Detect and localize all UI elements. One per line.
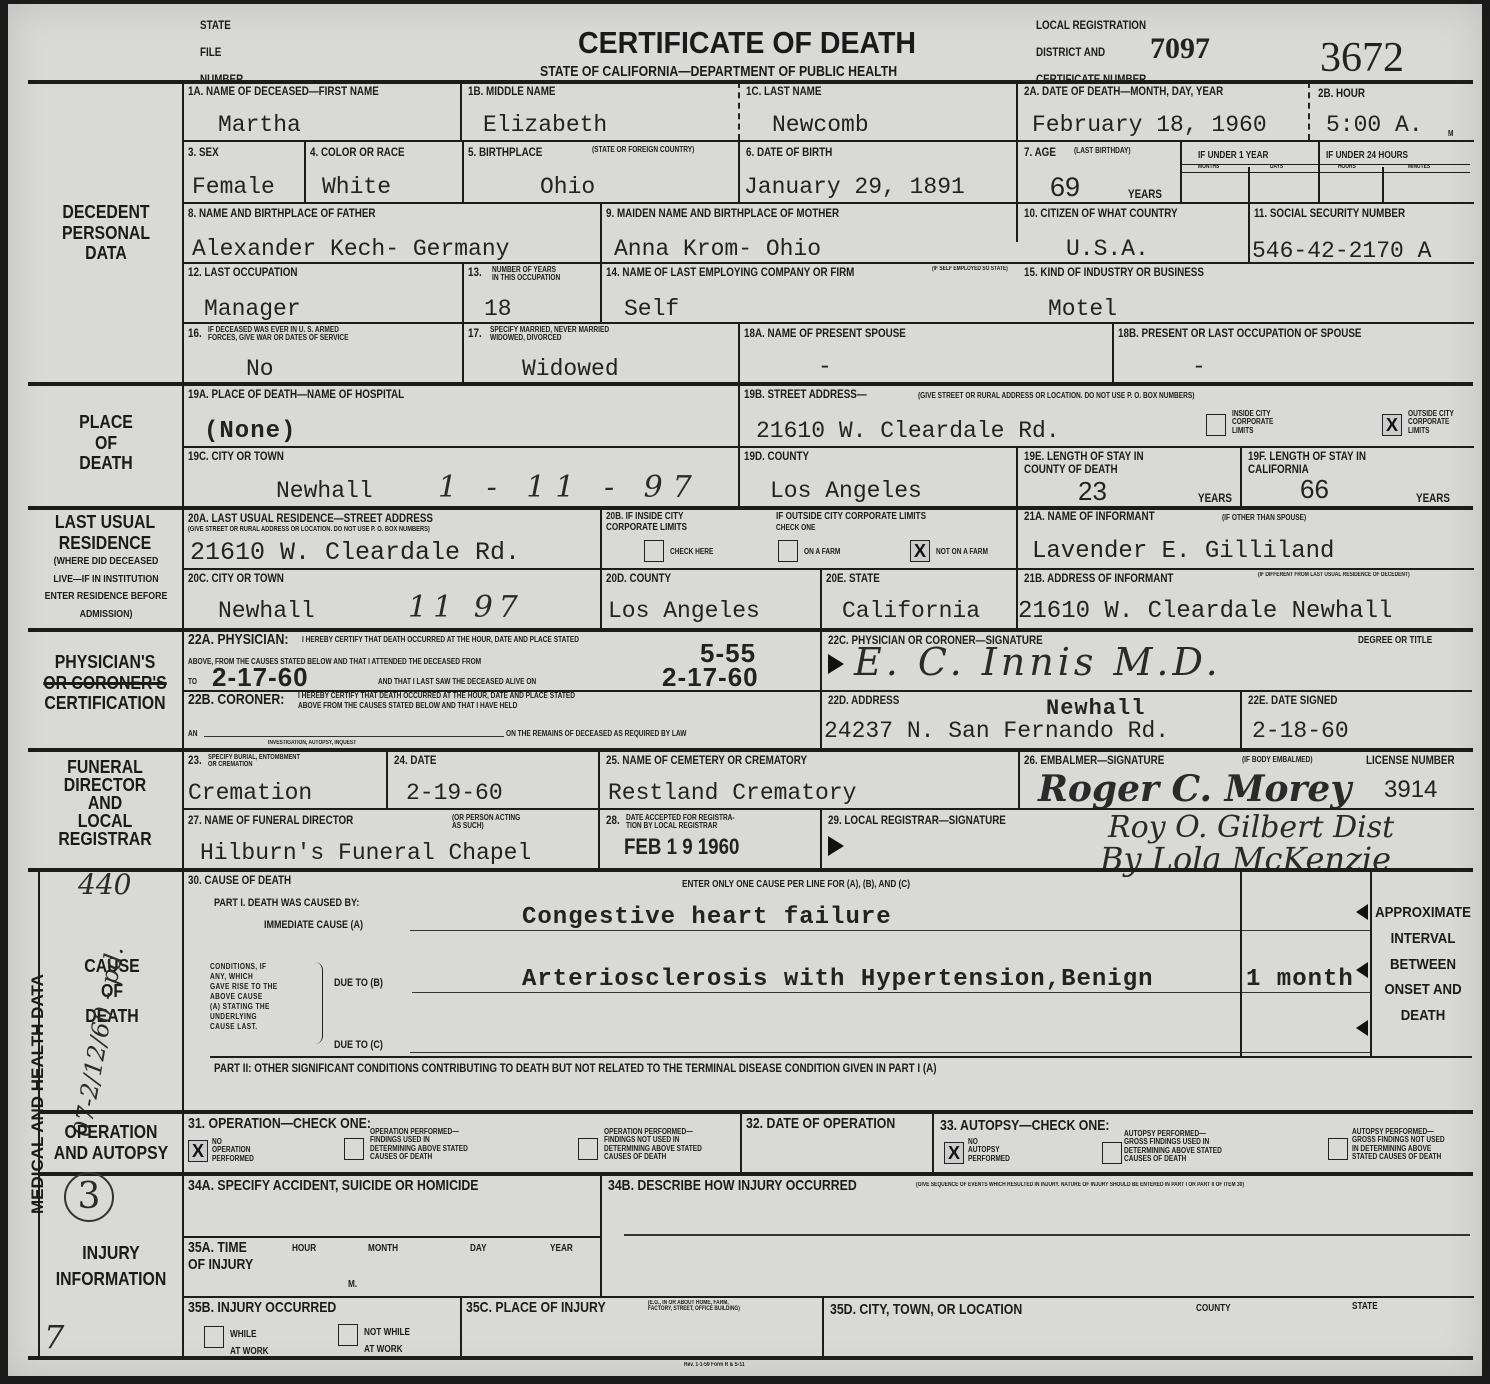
due-to-b-label: DUE TO (B) [334,978,383,990]
rule [822,1298,824,1360]
field-34a-label: 34A. SPECIFY ACCIDENT, SUICIDE OR HOMICI… [188,1178,478,1195]
field-7-sublabel: (LAST BIRTHDAY) [1074,147,1131,155]
rule [184,322,1474,324]
check-one-label: CHECK ONE [776,524,815,532]
minutes-label: MINUTES [1408,164,1430,170]
field-19d-label: 19D. COUNTY [744,450,809,463]
field-1c-label: 1C. LAST NAME [746,85,821,98]
physician-signature: E. C. Innis M.D. [854,640,1222,684]
field-22e-label: 22E. DATE SIGNED [1248,694,1337,707]
field-2b-label: 2B. HOUR [1318,87,1365,100]
informant-value: Lavender E. Gilliland [1032,540,1334,564]
field-22b-label: 22B. CORONER: [188,692,284,709]
informant-address-value: 21610 W. Cleardale Newhall [1018,600,1392,624]
mother-value: Anna Krom- Ohio [614,238,821,261]
physician-city-value: Newhall [1046,698,1145,720]
license-number-value: 3914 [1384,778,1437,802]
field-2a-label: 2A. DATE OF DEATH—MONTH, DAY, YEAR [1024,85,1223,98]
coroners-label-struck: OR CORONER'S [39,673,171,694]
field-34b-sublabel: (GIVE SEQUENCE OF EVENTS WHICH RESULTED … [916,1182,1244,1188]
part-2-label: PART II: OTHER SIGNIFICANT CONDITIONS CO… [214,1062,937,1075]
outside-limits-label: IF OUTSIDE CITY CORPORATE LIMITS [776,512,926,523]
rule [1180,172,1470,173]
due-to-b-value: Arteriosclerosis with Hypertension,Benig… [522,968,1154,992]
rule [184,568,1474,570]
field-22a-label: 22A. PHYSICIAN: [188,632,288,649]
coroner-text-1: I HEREBY CERTIFY THAT DEATH OCCURRED AT … [298,692,575,700]
employer-value: Self [624,298,679,321]
rule [1248,202,1250,262]
signature-arrow-icon [828,654,844,674]
autopsy-findings-used-checkbox[interactable] [1102,1142,1122,1164]
no-autopsy-checkbox[interactable]: X [944,1142,964,1164]
registrar-arrow-icon [828,836,844,856]
certificate-subtitle: STATE OF CALIFORNIA—DEPARTMENT OF PUBLIC… [540,64,897,81]
death-county-value: Los Angeles [770,480,922,503]
field-14-sublabel: (IF SELF EMPLOYED SO STATE) [932,266,1008,272]
hour-meridiem: M [1448,130,1453,138]
part-1-label: PART I. DEATH WAS CAUSED BY: [214,898,359,910]
rule [738,322,740,382]
date-accepted-value: FEB 1 9 1960 [624,836,739,858]
rule [738,82,741,140]
field-9-label: 9. MAIDEN NAME AND BIRTHPLACE OF MOTHER [606,207,839,220]
rule [184,1236,600,1238]
conditions-label: CONDITIONS, IF ANY, WHICH GAVE RISE TO T… [210,962,278,1032]
field-31-label: 31. OPERATION—CHECK ONE: [188,1116,371,1133]
registrar-signature-2: By Lola McKenzie [1100,840,1391,878]
autopsy-findings-not-used-label: AUTOPSY PERFORMED— GROSS FINDINGS NOT US… [1352,1128,1445,1162]
section-injury: INJURY INFORMATION [47,1240,175,1292]
inquest-line [204,736,504,737]
section-place-of-death: PLACE OF DEATH [44,412,167,474]
section-last-residence: LAST USUAL RESIDENCE [39,512,171,553]
last-saw-value: 2-17-60 [662,664,759,690]
rule [386,750,388,808]
district-and-text: DISTRICT AND [1036,39,1146,66]
field-26-sublabel: (IF BODY EMBALMED) [1242,756,1313,764]
rule [1240,870,1242,1056]
rule [820,568,822,628]
months-label: MONTHS [1198,164,1219,170]
rule [1180,140,1182,202]
stay-california-value: 66 [1300,476,1329,502]
stay-county-unit: YEARS [1198,492,1232,505]
field-13-label: 13. [468,266,482,279]
field-3-label: 3. SEX [188,146,219,159]
physician-address-value: 24237 N. San Fernando Rd. [824,720,1169,743]
armed-forces-value: No [246,358,274,381]
death-certificate: STATE FILE NUMBER CERTIFICATE OF DEATH S… [8,4,1482,1376]
hours-label: HOURS [1338,164,1356,170]
embalmer-signature: Roger C. Morey [1038,768,1351,810]
field-20a-sublabel: (GIVE STREET OR RURAL ADDRESS OR LOCATIO… [188,526,430,533]
section-decedent: DECEDENT PERSONAL DATA [44,202,167,264]
circled-annotation: 3 [64,1172,114,1222]
field-21a-label: 21A. NAME OF INFORMANT [1024,510,1155,523]
field-28-sublabel: DATE ACCEPTED FOR REGISTRA- TION BY LOCA… [626,814,735,831]
field-14-label: 14. NAME OF LAST EMPLOYING COMPANY OR FI… [606,266,854,279]
degree-title-label: DEGREE OR TITLE [1358,636,1432,647]
death-address-value: 21610 W. Cleardale Rd. [756,420,1060,443]
hospital-value: (None) [204,420,296,444]
residence-address-value: 21610 W. Cleardale Rd. [190,540,520,565]
rule [28,506,1473,510]
rule [28,868,1473,872]
field-1a-label: 1A. NAME OF DECEASED—FIRST NAME [188,85,379,98]
state-label: STATE [1352,1302,1378,1313]
county-label: COUNTY [1196,1304,1231,1315]
cemetery-value: Restland Crematory [608,782,856,805]
operation-findings-used-label: OPERATION PERFORMED— FINDINGS USED IN DE… [370,1128,468,1162]
rule [1016,446,1018,508]
interval-a-arrow-icon [1356,904,1368,920]
rule [932,1112,934,1172]
rule [1308,82,1310,140]
rule [304,140,306,202]
attended-to-value: 2-17-60 [212,664,309,690]
certificate-title: CERTIFICATE OF DEATH [578,26,916,60]
year-label: YEAR [550,1244,573,1255]
describe-line [624,1234,1470,1236]
field-26-label: 26. EMBALMER—SIGNATURE [1024,754,1164,767]
years-occupation-value: 18 [484,298,512,321]
field-35c-sublabel: (E.G., IN OR ABOUT HOME, FARM, FACTORY, … [648,1300,740,1313]
due-to-c-line [410,1052,1370,1053]
residence-county-value: Los Angeles [608,600,760,623]
certification-label: CERTIFICATION [39,693,171,714]
field-34b-label: 34B. DESCRIBE HOW INJURY OCCURRED [608,1178,857,1195]
physician-cert-text-1: I HEREBY CERTIFY THAT DEATH OCCURRED AT … [302,636,579,644]
rule [184,446,1474,448]
funeral-director-value: Hilburn's Funeral Chapel [200,842,531,865]
field-20a-label: 20A. LAST USUAL RESIDENCE—STREET ADDRESS [188,512,433,525]
field-23-label: 23. [188,754,202,767]
rule [1240,446,1242,508]
check-here-label: CHECK HERE [670,548,713,556]
rule [1318,140,1320,202]
rule [600,1174,602,1298]
last-saw-label: AND THAT I LAST SAW THE DECEASED ALIVE O… [378,678,536,686]
field-22d-label: 22D. ADDRESS [828,694,899,707]
state-label: STATE [200,12,243,39]
handwritten-code-440: 440 [78,868,131,901]
not-on-farm-checkbox[interactable]: X [910,540,930,562]
month-label: MONTH [368,1244,398,1255]
rule [182,82,184,1356]
outside-city-label: OUTSIDE CITY CORPORATE LIMITS [1408,410,1454,435]
rule [462,140,464,202]
rule [820,808,822,868]
field-24-label: 24. DATE [394,754,436,767]
operation-findings-not-used-checkbox[interactable] [578,1138,598,1160]
rule [28,1356,1473,1360]
death-city-value: Newhall [276,480,373,503]
interval-b-arrow-icon [1356,962,1368,978]
operation-findings-used-checkbox[interactable] [344,1138,364,1160]
file-label: FILE [200,39,243,66]
operation-findings-not-used-label: OPERATION PERFORMED— FINDINGS NOT USED I… [604,1128,702,1162]
rule [184,202,1474,204]
outside-city-checkbox[interactable]: X [1382,414,1402,436]
date-of-birth-value: January 29, 1891 [744,176,965,199]
rule [1112,322,1114,382]
field-33-label: 33. AUTOPSY—CHECK ONE: [940,1118,1110,1135]
field-20b-label: 20B. IF INSIDE CITY CORPORATE LIMITS [606,512,687,533]
physicians-label: PHYSICIAN'S [39,652,171,673]
ssn-value: 546-42-2170 A [1252,240,1431,263]
stay-california-unit: YEARS [1416,492,1450,505]
spouse-name-value: - [818,356,832,379]
rule [1018,750,1020,808]
first-name-value: Martha [218,114,301,137]
inside-city-label: INSIDE CITY CORPORATE LIMITS [1232,410,1273,435]
interval-b-value: 1 month [1246,968,1354,992]
interval-label: APPROXIMATE INTERVAL BETWEEN ONSET AND D… [1375,900,1472,1029]
autopsy-findings-used-label: AUTOPSY PERFORMED— GROSS FINDINGS USED I… [1124,1130,1222,1164]
autopsy-findings-not-used-checkbox[interactable] [1328,1138,1348,1160]
citizen-value: U.S.A. [1066,238,1149,261]
field-19a-label: 19A. PLACE OF DEATH—NAME OF HOSPITAL [188,388,404,401]
field-19b-label: 19B. STREET ADDRESS— [744,388,867,401]
handwritten-code-20c: 11 97 [408,590,524,625]
field-20d-label: 20D. COUNTY [606,572,671,585]
field-21b-label: 21B. ADDRESS OF INFORMANT [1024,572,1173,585]
rule [184,140,1474,142]
field-4-label: 4. COLOR OR RACE [310,146,405,159]
no-operation-label: NO OPERATION PERFORMED [212,1138,254,1163]
residence-city-value: Newhall [218,600,315,623]
sex-value: Female [192,176,275,199]
field-10-label: 10. CITIZEN OF WHAT COUNTRY [1024,207,1178,220]
coroner-text-2: ABOVE FROM THE CAUSES STATED BELOW AND T… [298,702,517,710]
field-15-label: 15. KIND OF INDUSTRY OR BUSINESS [1024,266,1204,279]
field-17-label: 17. [468,327,482,340]
due-to-c-label: DUE TO (C) [334,1040,383,1052]
rule [820,690,1472,692]
district-number: 7097 [1150,32,1210,66]
field-28-label: 28. [606,814,620,827]
if-under-24-hours: IF UNDER 24 HOURS [1326,151,1408,162]
date-signed-value: 2-18-60 [1252,720,1349,743]
residence-state-value: California [842,600,980,623]
remains-label: ON THE REMAINS OF DECEASED AS REQUIRED B… [506,730,686,738]
field-13-sublabel: NUMBER OF YEARS IN THIS OCCUPATION [492,266,560,283]
no-operation-checkbox[interactable]: X [188,1140,208,1162]
field-32-label: 32. DATE OF OPERATION [746,1116,895,1133]
rule [28,748,1473,752]
stay-county-value: 23 [1078,478,1107,504]
field-19b-sublabel: (GIVE STREET OR RURAL ADDRESS OR LOCATIO… [918,392,1194,400]
not-while-at-work-label: NOT WHILE AT WORK [364,1324,410,1358]
rule [28,382,1473,386]
field-20e-label: 20E. STATE [826,572,880,585]
no-autopsy-label: NO AUTOPSY PERFORMED [968,1138,1010,1163]
immediate-cause-label: IMMEDIATE CAUSE (A) [264,920,363,932]
rule [184,1296,1474,1298]
immediate-cause-value: Congestive heart failure [522,906,892,930]
if-under-1-year: IF UNDER 1 YEAR [1198,151,1268,162]
rule [740,1112,742,1172]
disposition-value: Cremation [188,782,312,805]
brace [314,962,323,1044]
section-physician: PHYSICIAN'S OR CORONER'S CERTIFICATION [39,652,171,714]
while-at-work-label: WHILE AT WORK [230,1326,269,1360]
inside-city-checkbox[interactable] [1206,414,1226,436]
disposition-date-value: 2-19-60 [406,782,503,805]
rule [38,1110,1473,1114]
interval-c-arrow-icon [1356,1020,1368,1036]
field-35d-label: 35D. CITY, TOWN, OR LOCATION [830,1302,1022,1319]
age-unit: YEARS [1128,188,1162,201]
father-value: Alexander Kech- Germany [192,238,509,261]
field-5-label: 5. BIRTHPLACE [468,146,542,159]
field-6-label: 6. DATE OF BIRTH [746,146,832,159]
field-1b-label: 1B. MIDDLE NAME [468,85,555,98]
rule [38,1172,1473,1176]
an-label: AN [188,730,197,738]
marital-status-value: Widowed [522,358,619,381]
rule [210,1056,1472,1058]
race-value: White [322,176,391,199]
day-label: DAY [470,1244,487,1255]
hour-label: HOUR [292,1244,316,1255]
spouse-occupation-value: - [1192,356,1206,379]
handwritten-code-19c: 1 - 11 - 97 [438,470,702,505]
field-18a-label: 18A. NAME OF PRESENT SPOUSE [744,327,906,340]
field-7-label: 7. AGE [1024,146,1056,159]
field-30-label: 30. CAUSE OF DEATH [188,874,291,887]
rule [1240,690,1242,750]
section-last-residence-note: (WHERE DID DECEASED LIVE—IF IN INSTITUTI… [36,553,177,623]
field-19e-label: 19E. LENGTH OF STAY IN COUNTY OF DEATH [1024,450,1144,476]
while-at-work-checkbox[interactable] [204,1326,224,1348]
field-21a-sublabel: (IF OTHER THAN SPOUSE) [1222,514,1306,522]
field-29-label: 29. LOCAL REGISTRAR—SIGNATURE [828,814,1006,827]
on-farm-checkbox[interactable] [778,540,798,562]
handwritten-mark-7: 7 [44,1318,64,1356]
field-19f-label: 19F. LENGTH OF STAY IN CALIFORNIA [1248,450,1366,476]
not-while-at-work-checkbox[interactable] [338,1324,358,1346]
on-farm-label: ON A FARM [804,548,840,556]
field-25-label: 25. NAME OF CEMETERY OR CREMATORY [606,754,807,767]
rule [460,1298,462,1360]
section-medical-vertical: MEDICAL AND HEALTH DATA [28,1014,48,1214]
field-5-sublabel: (STATE OR FOREIGN COUNTRY) [592,146,699,154]
field-16-sublabel: IF DECEASED WAS EVER IN U. S. ARMED FORC… [208,326,348,343]
field-20c-label: 20C. CITY OR TOWN [188,572,284,585]
field-18b-label: 18B. PRESENT OR LAST OCCUPATION OF SPOUS… [1118,327,1361,340]
rule [738,140,740,202]
field-23-sublabel: SPECIFY BURIAL, ENTOMBMENT OR CREMATION [208,754,300,769]
rule [1370,870,1372,1056]
field-27-sublabel: (OR PERSON ACTING AS SUCH) [452,814,520,831]
industry-value: Motel [1048,298,1117,321]
field-17-sublabel: SPECIFY MARRIED, NEVER MARRIED WIDOWED, … [490,326,609,343]
rule [184,262,1474,264]
field-8-label: 8. NAME AND BIRTHPLACE OF FATHER [188,207,376,220]
meridiem-label: M. [348,1280,357,1291]
license-number-label: LICENSE NUMBER [1366,754,1455,767]
not-on-farm-label: NOT ON A FARM [936,548,988,556]
field-19c-label: 19C. CITY OR TOWN [188,450,284,463]
field-16-label: 16. [188,327,202,340]
field-11-label: 11. SOCIAL SECURITY NUMBER [1254,207,1405,220]
middle-name-value: Elizabeth [483,114,607,137]
last-name-value: Newcomb [772,114,869,137]
field-35c-label: 35C. PLACE OF INJURY [466,1300,606,1317]
inside-city-limits-checkbox[interactable] [644,540,664,562]
form-revision: Rev. 1-1-59 Form R & S-11 [684,1362,745,1368]
days-label: DAYS [1270,164,1283,170]
occupation-value: Manager [204,298,301,321]
investigation-label: INVESTIGATION, AUTOPSY, INQUEST [268,740,356,746]
age-value: 69 [1050,174,1080,201]
field-21b-sublabel: (IF DIFFERENT FROM LAST USUAL RESIDENCE … [1258,572,1410,578]
field-27-label: 27. NAME OF FUNERAL DIRECTOR [188,814,353,827]
section-funeral: FUNERAL DIRECTOR AND LOCAL REGISTRAR [39,758,171,848]
cause-note: ENTER ONLY ONE CAUSE PER LINE FOR (A), (… [682,880,910,891]
section-operation: OPERATION AND AUTOPSY [47,1122,175,1163]
certificate-number: 3672 [1320,34,1404,82]
to-label: TO [188,678,197,686]
birthplace-value: Ohio [540,176,595,199]
local-registration-text: LOCAL REGISTRATION [1036,12,1146,39]
hour-value: 5:00 A. [1326,114,1423,137]
rule [1016,82,1018,242]
date-of-death-value: February 18, 1960 [1032,114,1267,137]
field-12-label: 12. LAST OCCUPATION [188,266,298,279]
field-35a-label: 35A. TIME OF INJURY [188,1240,253,1273]
rule [460,82,462,140]
field-35b-label: 35B. INJURY OCCURRED [188,1300,336,1317]
